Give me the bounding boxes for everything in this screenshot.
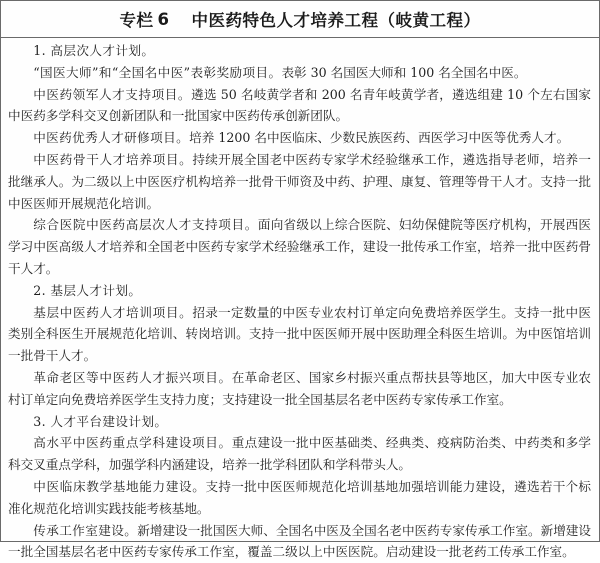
feature-box: 专栏 6 中医药特色人才培养工程（岐黄工程） 1. 高层次人才计划。 “国医大师… (0, 0, 600, 542)
paragraph: 革命老区等中医药人才振兴项目。在革命老区、国家乡村振兴重点帮扶县等地区，加大中医… (8, 367, 591, 411)
item-lead: 中医药优秀人才研修项目。 (33, 130, 189, 145)
section-heading: 3. 人才平台建设计划。 (8, 411, 591, 433)
item-lead: 传承工作室建设。 (33, 523, 137, 538)
item-body: 表彰 30 名国医大师和 100 名全国名中医。 (281, 65, 526, 80)
item-lead: 基层中医药人才培训项目。 (33, 305, 192, 320)
paragraph: “国医大师”和“全国名中医”表彰奖励项目。表彰 30 名国医大师和 100 名全… (8, 62, 591, 84)
paragraph: 基层中医药人才培训项目。招录一定数量的中医专业农村订单定向免费培养医学生。支持一… (8, 302, 591, 367)
item-lead: 综合医院中医药高层次人才支持项目。 (33, 217, 258, 232)
paragraph: 中医药骨干人才培养项目。持续开展全国老中医药专家学术经验继承工作，遴选指导老师，… (8, 149, 591, 214)
item-lead: 革命老区等中医药人才振兴项目。 (33, 370, 232, 385)
paragraph: 高水平中医药重点学科建设项目。重点建设一批中医基础类、经典类、疫病防治类、中药类… (8, 432, 591, 476)
box-title: 专栏 6 中医药特色人才培养工程（岐黄工程） (1, 1, 599, 38)
item-lead: 高水平中医药重点学科建设项目。 (33, 435, 232, 450)
item-lead: 中医临床教学基地能力建设。 (33, 479, 205, 494)
section-heading: 1. 高层次人才计划。 (8, 40, 591, 62)
section-heading: 2. 基层人才计划。 (8, 280, 591, 302)
title-text: 中医药特色人才培养工程（岐黄工程） (191, 7, 480, 31)
title-prefix: 专栏 (120, 7, 154, 31)
paragraph: 中医药领军人才支持项目。遴选 50 名岐黄学者和 200 名青年岐黄学者，遴选组… (8, 84, 591, 128)
box-content: 1. 高层次人才计划。 “国医大师”和“全国名中医”表彰奖励项目。表彰 30 名… (1, 38, 599, 542)
title-number: 6 (158, 10, 170, 29)
item-lead: 中医药骨干人才培养项目。 (33, 152, 192, 167)
paragraph: 传承工作室建设。新增建设一批国医大师、全国名中医及全国名老中医药专家传承工作室。… (8, 520, 591, 542)
paragraph: 中医药优秀人才研修项目。培养 1200 名中医临床、少数民族医药、西医学习中医等… (8, 127, 591, 149)
item-body: 培养 1200 名中医临床、少数民族医药、西医学习中医等优秀人才。 (189, 130, 569, 145)
paragraph: 中医临床教学基地能力建设。支持一批中医医师规范化培训基地加强培训能力建设，遴选若… (8, 476, 591, 520)
item-lead: 中医药领军人才支持项目。 (33, 87, 191, 102)
paragraph: 综合医院中医药高层次人才支持项目。面向省级以上综合医院、妇幼保健院等医疗机构，开… (8, 214, 591, 279)
item-lead: “国医大师”和“全国名中医”表彰奖励项目。 (33, 65, 281, 80)
